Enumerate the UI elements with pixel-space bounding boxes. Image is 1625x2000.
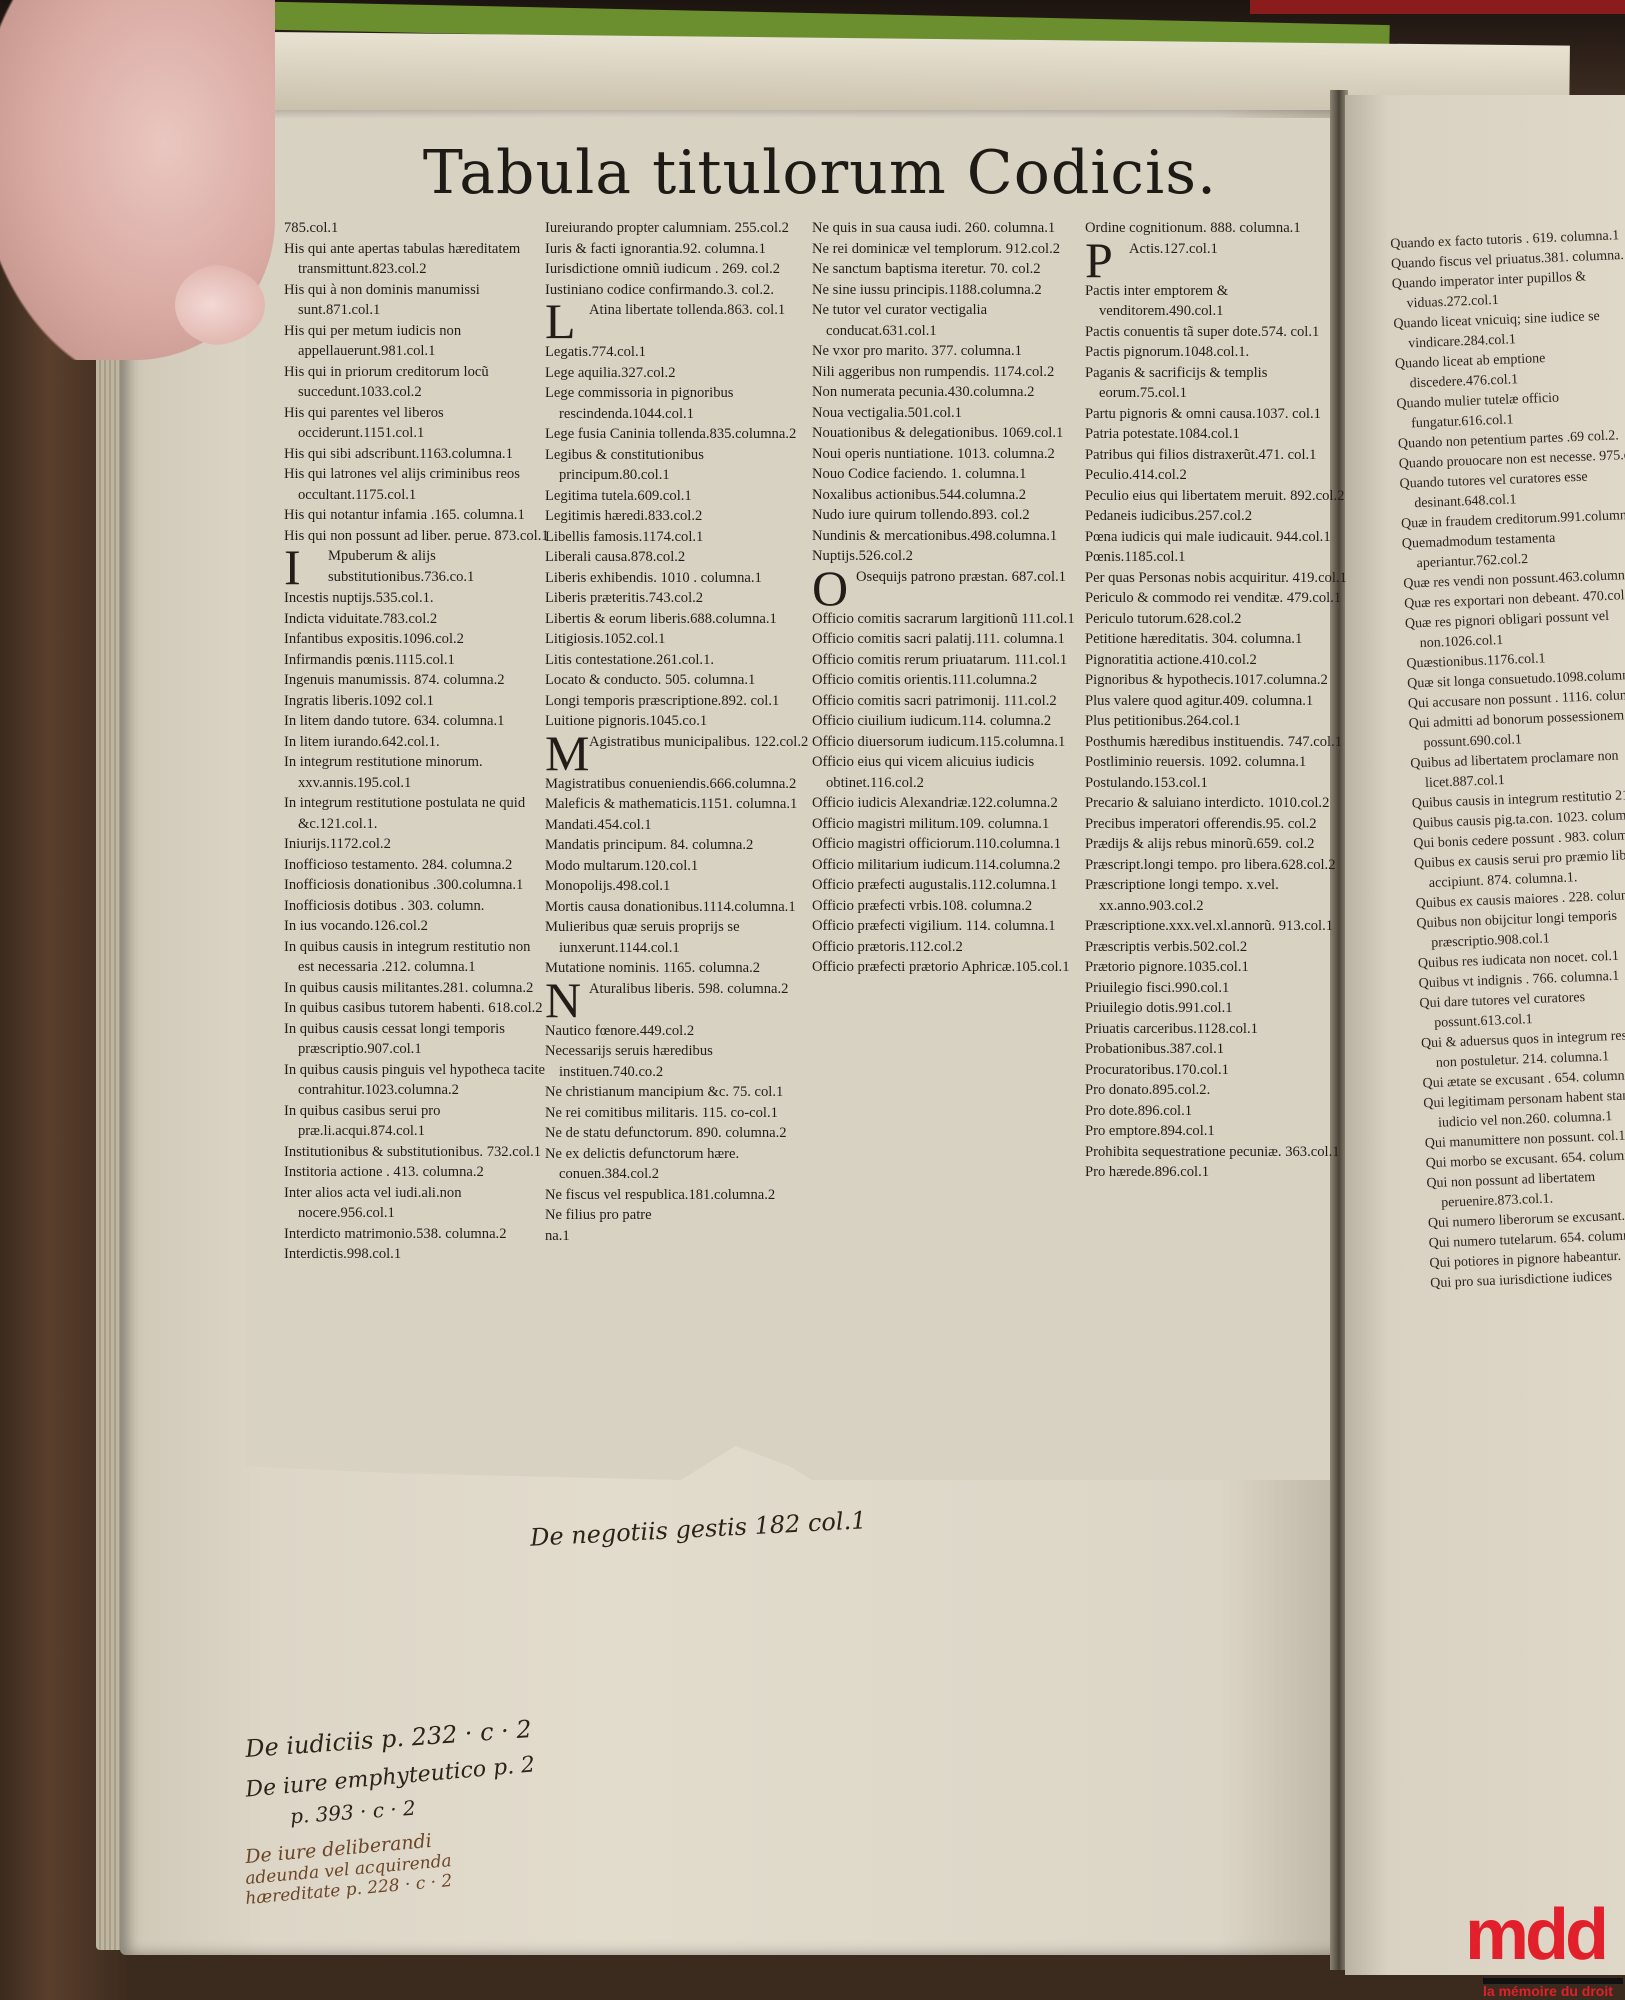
index-entry: Partu pignoris & omni causa.1037. col.1 bbox=[1085, 404, 1350, 425]
index-entry-text: Ne vxor pro marito. 377. columna.1 bbox=[812, 343, 1022, 359]
index-entry: Periculo tutorum.628.col.2 bbox=[1085, 609, 1350, 630]
index-entry-text: Interdicto matrimonio.538. columna.2 bbox=[284, 1226, 507, 1242]
index-entry-text: Patribus qui filios distraxerũt.471. col… bbox=[1085, 447, 1316, 463]
index-entry-text: Peculio eius qui libertatem meruit. 892.… bbox=[1085, 488, 1344, 504]
index-entry-text: Atina libertate tollenda.863. col.1 bbox=[589, 302, 785, 318]
index-entry: Ne vxor pro marito. 377. columna.1 bbox=[812, 341, 1077, 362]
index-entry-text: Actis.127.col.1 bbox=[1129, 241, 1218, 257]
index-entry: Institutionibus & substitutionibus. 732.… bbox=[284, 1142, 549, 1163]
index-entry: Officio præfecti augustalis.112.columna.… bbox=[812, 875, 1077, 896]
drop-cap: I bbox=[284, 542, 301, 592]
index-entry: Libertis & eorum liberis.688.columna.1 bbox=[545, 609, 810, 630]
index-entry-text: Officio prætoris.112.col.2 bbox=[812, 939, 963, 955]
index-entry: Ne rei comitibus militaris. 115. co-col.… bbox=[545, 1103, 810, 1124]
index-entry: Petitione hæreditatis. 304. columna.1 bbox=[1085, 629, 1350, 650]
index-entry: Pro donato.895.col.2. bbox=[1085, 1080, 1350, 1101]
index-entry: Pactis inter emptorem & venditorem.490.c… bbox=[1085, 281, 1350, 322]
index-entry: Pro dote.896.col.1 bbox=[1085, 1101, 1350, 1122]
index-entry-text: Iustiniano codice confirmando.3. col.2. bbox=[545, 282, 774, 298]
index-entry-text: Priuilegio fisci.990.col.1 bbox=[1085, 980, 1229, 996]
index-entry: Per quas Personas nobis acquiritur. 419.… bbox=[1085, 568, 1350, 589]
index-entry: Mutatione nominis. 1165. columna.2 bbox=[545, 958, 810, 979]
index-entry: Noxalibus actionibus.544.columna.2 bbox=[812, 485, 1077, 506]
index-entry: Mortis causa donationibus.1114.columna.1 bbox=[545, 897, 810, 918]
index-entry: Nili aggeribus non rumpendis. 1174.col.2 bbox=[812, 362, 1077, 383]
index-entry-text: Pactis conuentis tã super dote.574. col.… bbox=[1085, 324, 1319, 340]
index-entry: Incestis nuptijs.535.col.1. bbox=[284, 588, 549, 609]
index-entry-text: Officio militarium iudicum.114.columna.2 bbox=[812, 857, 1060, 873]
index-entry: Officio præfecti vrbis.108. columna.2 bbox=[812, 896, 1077, 917]
index-entry: Officio comitis sacrarum largitionũ 111.… bbox=[812, 609, 1077, 630]
index-entry-text: Officio eius qui vicem alicuius iudicis … bbox=[812, 754, 1034, 791]
index-entry-text: Officio præfecti vigilium. 114. columna.… bbox=[812, 918, 1056, 934]
index-entry-text: Lege aquilia.327.col.2 bbox=[545, 365, 676, 381]
thumbnail-nail bbox=[175, 265, 265, 345]
index-entry: Priuatis carceribus.1128.col.1 bbox=[1085, 1019, 1350, 1040]
index-entry-text: Procuratoribus.170.col.1 bbox=[1085, 1062, 1229, 1078]
index-entry: Officio ciuilium iudicum.114. columna.2 bbox=[812, 711, 1077, 732]
index-entry-text: Officio diuersorum iudicum.115.columna.1 bbox=[812, 734, 1065, 750]
index-entry: Ne christianum mancipium &c. 75. col.1 bbox=[545, 1082, 810, 1103]
index-entry-text: Nouo Codice faciendo. 1. columna.1 bbox=[812, 466, 1026, 482]
index-entry-text: Inofficiosis donationibus .300.columna.1 bbox=[284, 877, 523, 893]
index-entry: MAgistratibus municipalibus. 122.col.2 bbox=[545, 732, 810, 774]
drop-cap: O bbox=[812, 563, 848, 613]
index-entry-text: Iurisdictione omniũ iudicum . 269. col.2 bbox=[545, 261, 780, 277]
logo-mark: mdd bbox=[1465, 1895, 1605, 1975]
index-entry: Nundinis & mercationibus.498.columna.1 bbox=[812, 526, 1077, 547]
index-entry-text: Plus valere quod agitur.409. columna.1 bbox=[1085, 693, 1313, 709]
index-entry-text: His qui notantur infamia .165. columna.1 bbox=[284, 507, 525, 523]
index-entry-text: Ne christianum mancipium &c. 75. col.1 bbox=[545, 1084, 783, 1100]
index-entry: Pactis conuentis tã super dote.574. col.… bbox=[1085, 322, 1350, 343]
index-entry-text: His qui parentes vel liberos occiderunt.… bbox=[284, 405, 444, 442]
index-entry: Inofficiosis dotibus . 303. column. bbox=[284, 896, 549, 917]
index-entry-text: In ius vocando.126.col.2 bbox=[284, 918, 428, 934]
index-entry-text: His qui in priorum creditorum locũ succe… bbox=[284, 364, 489, 401]
right-page-index-column: Quando ex facto tutoris . 619. columna.1… bbox=[1390, 225, 1625, 1294]
index-entry-text: Ne tutor vel curator vectigalia conducat… bbox=[812, 302, 987, 339]
index-entry-text: His qui à non dominis manumissi sunt.871… bbox=[284, 282, 480, 319]
index-entry: Ne rei dominicæ vel templorum. 912.col.2 bbox=[812, 239, 1077, 260]
index-entry: In litem iurando.642.col.1. bbox=[284, 732, 549, 753]
index-entry-text: Præscriptione.xxx.vel.xl.annorũ. 913.col… bbox=[1085, 918, 1333, 934]
index-entry: Postulando.153.col.1 bbox=[1085, 773, 1350, 794]
index-entry-text: Pactis pignorum.1048.col.1. bbox=[1085, 344, 1249, 360]
index-entry: In quibus causis in integrum restitutio … bbox=[284, 937, 549, 978]
index-entry-text: Precario & saluiano interdicto. 1010.col… bbox=[1085, 795, 1329, 811]
index-entry-text: Ne ex delictis defunctorum hære. conuen.… bbox=[545, 1146, 739, 1183]
drop-cap: L bbox=[545, 296, 576, 346]
index-entry: Ingenuis manumissis. 874. columna.2 bbox=[284, 670, 549, 691]
index-entry: Pactis pignorum.1048.col.1. bbox=[1085, 342, 1350, 363]
index-entry: Iurisdictione omniũ iudicum . 269. col.2 bbox=[545, 259, 810, 280]
index-entry: PActis.127.col.1 bbox=[1085, 239, 1350, 281]
index-entry: Necessarijs seruis hæredibus instituen.7… bbox=[545, 1041, 810, 1082]
index-entry: Præscriptione.xxx.vel.xl.annorũ. 913.col… bbox=[1085, 916, 1350, 937]
index-entry-text: Legibus & constitutionibus principum.80.… bbox=[545, 447, 704, 484]
index-entry-text: Ne fiscus vel respublica.181.columna.2 bbox=[545, 1187, 775, 1203]
index-entry-text: Officio præfecti prætorio Aphricæ.105.co… bbox=[812, 959, 1070, 975]
index-entry: Posthumis hæredibus instituendis. 747.co… bbox=[1085, 732, 1350, 753]
index-entry-text: Pro dote.896.col.1 bbox=[1085, 1103, 1192, 1119]
index-entry: Paganis & sacrificijs & templis eorum.75… bbox=[1085, 363, 1350, 404]
index-entry-text: Lege commissoria in pignoribus rescinden… bbox=[545, 385, 733, 422]
index-entry-text: Legitimis hæredi.833.col.2 bbox=[545, 508, 702, 524]
index-entry: In ius vocando.126.col.2 bbox=[284, 916, 549, 937]
index-entry: Libellis famosis.1174.col.1 bbox=[545, 527, 810, 548]
index-entry: Monopolijs.498.col.1 bbox=[545, 876, 810, 897]
index-entry: In integrum restitutione postulata ne qu… bbox=[284, 793, 549, 834]
index-entry: Officio comitis rerum priuatarum. 111.co… bbox=[812, 650, 1077, 671]
index-entry-text: Ingratis liberis.1092 col.1 bbox=[284, 693, 434, 709]
index-entry-text: Monopolijs.498.col.1 bbox=[545, 878, 670, 894]
index-entry: Litigiosis.1052.col.1 bbox=[545, 629, 810, 650]
drop-cap: P bbox=[1085, 235, 1113, 285]
index-entry: In quibus causis pinguis vel hypotheca t… bbox=[284, 1060, 549, 1101]
index-entry-text: Ne rei dominicæ vel templorum. 912.col.2 bbox=[812, 241, 1060, 257]
index-entry: His qui parentes vel liberos occiderunt.… bbox=[284, 403, 549, 444]
index-entry-text: Præscriptione longi tempo. x.vel. xx.ann… bbox=[1085, 877, 1279, 914]
index-entry-text: Pignoratitia actione.410.col.2 bbox=[1085, 652, 1257, 668]
index-entry: Priuilegio dotis.991.col.1 bbox=[1085, 998, 1350, 1019]
index-entry: Noui operis nuntiatione. 1013. columna.2 bbox=[812, 444, 1077, 465]
index-entry: Ne sine iussu principis.1188.columna.2 bbox=[812, 280, 1077, 301]
index-column-4: Ordine cognitionum. 888. columna.1PActis… bbox=[1085, 218, 1350, 1183]
index-entry-text: Non numerata pecunia.430.columna.2 bbox=[812, 384, 1034, 400]
index-entry: Probationibus.387.col.1 bbox=[1085, 1039, 1350, 1060]
index-entry: Officio præfecti prætorio Aphricæ.105.co… bbox=[812, 957, 1077, 978]
index-entry-text: Maleficis & mathematicis.1151. columna.1 bbox=[545, 796, 797, 812]
index-entry-text: Periculo tutorum.628.col.2 bbox=[1085, 611, 1241, 627]
index-entry: Lege aquilia.327.col.2 bbox=[545, 363, 810, 384]
index-entry-text: Legitima tutela.609.col.1 bbox=[545, 488, 692, 504]
index-entry: Interdicto matrimonio.538. columna.2 bbox=[284, 1224, 549, 1245]
index-entry-text: Officio comitis orientis.111.columna.2 bbox=[812, 672, 1037, 688]
index-entry: In quibus causis cessat longi temporis p… bbox=[284, 1019, 549, 1060]
index-entry: Legatis.774.col.1 bbox=[545, 342, 810, 363]
index-entry: Priuilegio fisci.990.col.1 bbox=[1085, 978, 1350, 999]
index-entry-text: Priuatis carceribus.1128.col.1 bbox=[1085, 1021, 1258, 1037]
index-entry-text: Officio comitis rerum priuatarum. 111.co… bbox=[812, 652, 1067, 668]
index-entry: Prætorio pignore.1035.col.1 bbox=[1085, 957, 1350, 978]
index-entry-text: Aturalibus liberis. 598. columna.2 bbox=[589, 981, 788, 997]
index-entry: Inofficiosis donationibus .300.columna.1 bbox=[284, 875, 549, 896]
drop-cap: N bbox=[545, 975, 581, 1025]
index-entry: Peculio.414.col.2 bbox=[1085, 465, 1350, 486]
index-entry-text: Ne de statu defunctorum. 890. columna.2 bbox=[545, 1125, 787, 1141]
index-entry-text: Iureiurando propter calumniam. 255.col.2 bbox=[545, 220, 789, 236]
index-entry: His qui latrones vel alijs criminibus re… bbox=[284, 464, 549, 505]
index-entry-text: His qui non possunt ad liber. perue. 873… bbox=[284, 528, 549, 544]
index-entry-text: Litigiosis.1052.col.1 bbox=[545, 631, 665, 647]
index-entry: In litem dando tutore. 634. columna.1 bbox=[284, 711, 549, 732]
index-entry: Ne quis in sua causa iudi. 260. columna.… bbox=[812, 218, 1077, 239]
index-entry: Noua vectigalia.501.col.1 bbox=[812, 403, 1077, 424]
index-entry-text: Officio ciuilium iudicum.114. columna.2 bbox=[812, 713, 1051, 729]
index-entry: Patria potestate.1084.col.1 bbox=[1085, 424, 1350, 445]
index-entry-text: Mulieribus quæ seruis proprijs se iunxer… bbox=[545, 919, 740, 956]
index-column-3: Ne quis in sua causa iudi. 260. columna.… bbox=[812, 218, 1077, 978]
index-entry-text: Prohibita sequestratione pecuniæ. 363.co… bbox=[1085, 1144, 1340, 1160]
index-entry-text: Longi temporis præscriptione.892. col.1 bbox=[545, 693, 779, 709]
index-entry-text: Officio præfecti vrbis.108. columna.2 bbox=[812, 898, 1032, 914]
index-entry-text: Institoria actione . 413. columna.2 bbox=[284, 1164, 484, 1180]
index-entry-text: Inofficiosis dotibus . 303. column. bbox=[284, 898, 484, 914]
index-entry-text: Libertis & eorum liberis.688.columna.1 bbox=[545, 611, 777, 627]
index-entry-text: Mandati.454.col.1 bbox=[545, 817, 652, 833]
index-entry: Locato & conducto. 505. columna.1 bbox=[545, 670, 810, 691]
index-entry-text: Ne sine iussu principis.1188.columna.2 bbox=[812, 282, 1042, 298]
index-entry: LAtina libertate tollenda.863. col.1 bbox=[545, 300, 810, 342]
index-entry-text: Partu pignoris & omni causa.1037. col.1 bbox=[1085, 406, 1321, 422]
index-entry: Precario & saluiano interdicto. 1010.col… bbox=[1085, 793, 1350, 814]
index-entry-text: Mpuberum & alijs substitutionibus.736.co… bbox=[328, 548, 474, 585]
index-entry: His qui ante apertas tabulas hæreditatem… bbox=[284, 239, 549, 280]
index-entry-text: Postliminio reuersis. 1092. columna.1 bbox=[1085, 754, 1306, 770]
index-entry: Pro emptore.894.col.1 bbox=[1085, 1121, 1350, 1142]
index-entry: His qui notantur infamia .165. columna.1 bbox=[284, 505, 549, 526]
index-entry-text: Pœnis.1185.col.1 bbox=[1085, 549, 1185, 565]
index-entry: Iniurijs.1172.col.2 bbox=[284, 834, 549, 855]
index-entry-text: Inter alios acta vel iudi.ali.non nocere… bbox=[284, 1185, 462, 1222]
index-entry-text: Ordine cognitionum. 888. columna.1 bbox=[1085, 220, 1301, 236]
index-entry: Liberali causa.878.col.2 bbox=[545, 547, 810, 568]
index-entry-text: Priuilegio dotis.991.col.1 bbox=[1085, 1000, 1233, 1016]
index-entry: Præscriptione longi tempo. x.vel. xx.ann… bbox=[1085, 875, 1350, 916]
index-entry-text: Patria potestate.1084.col.1 bbox=[1085, 426, 1240, 442]
index-entry: Pignoratitia actione.410.col.2 bbox=[1085, 650, 1350, 671]
index-entry-text: In quibus causis in integrum restitutio … bbox=[284, 939, 530, 976]
index-entry: Officio eius qui vicem alicuius iudicis … bbox=[812, 752, 1077, 793]
index-entry: Plus petitionibus.264.col.1 bbox=[1085, 711, 1350, 732]
index-entry: Pignoribus & hypothecis.1017.columna.2 bbox=[1085, 670, 1350, 691]
index-entry-text: In litem dando tutore. 634. columna.1 bbox=[284, 713, 504, 729]
index-entry-text: na.1 bbox=[545, 1228, 570, 1244]
index-entry: Infantibus expositis.1096.col.2 bbox=[284, 629, 549, 650]
index-entry-text: Probationibus.387.col.1 bbox=[1085, 1041, 1224, 1057]
index-entry: In quibus causis militantes.281. columna… bbox=[284, 978, 549, 999]
index-entry-text: Ingenuis manumissis. 874. columna.2 bbox=[284, 672, 505, 688]
index-entry-text: Paganis & sacrificijs & templis eorum.75… bbox=[1085, 365, 1267, 402]
index-entry-text: Iniurijs.1172.col.2 bbox=[284, 836, 391, 852]
index-entry-text: Officio comitis sacri patrimonij. 111.co… bbox=[812, 693, 1057, 709]
index-entry-text: Infantibus expositis.1096.col.2 bbox=[284, 631, 464, 647]
index-entry: Non numerata pecunia.430.columna.2 bbox=[812, 382, 1077, 403]
index-entry: Procuratoribus.170.col.1 bbox=[1085, 1060, 1350, 1081]
index-entry-text: Officio magistri officiorum.110.columna.… bbox=[812, 836, 1061, 852]
index-entry: Pedaneis iudicibus.257.col.2 bbox=[1085, 506, 1350, 527]
page-title: Tabula titulorum Codicis. bbox=[420, 138, 1220, 208]
index-entry: IMpuberum & alijs substitutionibus.736.c… bbox=[284, 546, 549, 588]
index-column-1: 785.col.1His qui ante apertas tabulas hæ… bbox=[284, 218, 549, 1265]
index-entry: Plus valere quod agitur.409. columna.1 bbox=[1085, 691, 1350, 712]
index-entry-text: Prætorio pignore.1035.col.1 bbox=[1085, 959, 1249, 975]
index-entry-text: Modo multarum.120.col.1 bbox=[545, 858, 698, 874]
index-entry-text: Præscriptis verbis.502.col.2 bbox=[1085, 939, 1247, 955]
index-entry: Legibus & constitutionibus principum.80.… bbox=[545, 445, 810, 486]
index-entry: Legitimis hæredi.833.col.2 bbox=[545, 506, 810, 527]
index-entry: Officio prætoris.112.col.2 bbox=[812, 937, 1077, 958]
index-entry-text: Pro emptore.894.col.1 bbox=[1085, 1123, 1215, 1139]
index-entry: Precibus imperatori offerendis.95. col.2 bbox=[1085, 814, 1350, 835]
index-entry: na.1 bbox=[545, 1226, 810, 1247]
index-entry: Ordine cognitionum. 888. columna.1 bbox=[1085, 218, 1350, 239]
index-entry-text: Officio magistri militum.109. columna.1 bbox=[812, 816, 1049, 832]
index-entry-text: Nili aggeribus non rumpendis. 1174.col.2 bbox=[812, 364, 1054, 380]
index-entry-text: Ne rei comitibus militaris. 115. co-col.… bbox=[545, 1105, 778, 1121]
index-entry: Prohibita sequestratione pecuniæ. 363.co… bbox=[1085, 1142, 1350, 1163]
index-entry-text: Postulando.153.col.1 bbox=[1085, 775, 1208, 791]
index-entry-text: His qui sibi adscribunt.1163.columna.1 bbox=[284, 446, 513, 462]
index-entry: Infirmandis pœnis.1115.col.1 bbox=[284, 650, 549, 671]
index-column-2: Iureiurando propter calumniam. 255.col.2… bbox=[545, 218, 810, 1246]
index-entry-text: Litis contestatione.261.col.1. bbox=[545, 652, 714, 668]
index-entry: Ne fiscus vel respublica.181.columna.2 bbox=[545, 1185, 810, 1206]
index-entry: Officio iudicis Alexandriæ.122.columna.2 bbox=[812, 793, 1077, 814]
logo-tagline: la mémoire du droit bbox=[1483, 1983, 1613, 1999]
index-entry: Nuptijs.526.col.2 bbox=[812, 546, 1077, 567]
index-entry-text: Noxalibus actionibus.544.columna.2 bbox=[812, 487, 1026, 503]
index-entry-text: Precibus imperatori offerendis.95. col.2 bbox=[1085, 816, 1317, 832]
index-entry: Interdictis.998.col.1 bbox=[284, 1244, 549, 1265]
index-entry-text: Noui operis nuntiatione. 1013. columna.2 bbox=[812, 446, 1055, 462]
index-entry: In quibus casibus serui pro præ.li.acqui… bbox=[284, 1101, 549, 1142]
index-entry-text: His qui ante apertas tabulas hæreditatem… bbox=[284, 241, 520, 278]
index-entry-text: Peculio.414.col.2 bbox=[1085, 467, 1187, 483]
index-entry-text: Mandatis principum. 84. columna.2 bbox=[545, 837, 753, 853]
index-entry-text: Nudo iure quirum tollendo.893. col.2 bbox=[812, 507, 1030, 523]
index-entry-text: Posthumis hæredibus instituendis. 747.co… bbox=[1085, 734, 1342, 750]
index-entry: Iureiurando propter calumniam. 255.col.2 bbox=[545, 218, 810, 239]
index-entry: His qui non possunt ad liber. perue. 873… bbox=[284, 526, 549, 547]
index-entry-text: Noua vectigalia.501.col.1 bbox=[812, 405, 962, 421]
index-entry: Patribus qui filios distraxerũt.471. col… bbox=[1085, 445, 1350, 466]
index-entry-text: Pro hærede.896.col.1 bbox=[1085, 1164, 1209, 1180]
index-entry: Inter alios acta vel iudi.ali.non nocere… bbox=[284, 1183, 549, 1224]
index-entry: Pœnis.1185.col.1 bbox=[1085, 547, 1350, 568]
index-entry-text: Plus petitionibus.264.col.1 bbox=[1085, 713, 1241, 729]
index-entry-text: Incestis nuptijs.535.col.1. bbox=[284, 590, 434, 606]
index-entry-text: Mortis causa donationibus.1114.columna.1 bbox=[545, 899, 796, 915]
index-entry-text: Pœna iudicis qui male iudicauit. 944.col… bbox=[1085, 529, 1331, 545]
index-entry: In quibus casibus tutorem habenti. 618.c… bbox=[284, 998, 549, 1019]
index-entry-text: Officio comitis sacrarum largitionũ 111.… bbox=[812, 611, 1075, 627]
index-entry: Mandati.454.col.1 bbox=[545, 815, 810, 836]
index-entry-text: Officio præfecti augustalis.112.columna.… bbox=[812, 877, 1057, 893]
index-entry: Peculio eius qui libertatem meruit. 892.… bbox=[1085, 486, 1350, 507]
index-entry: His qui à non dominis manumissi sunt.871… bbox=[284, 280, 549, 321]
index-entry: Mandatis principum. 84. columna.2 bbox=[545, 835, 810, 856]
index-entry-text: Officio iudicis Alexandriæ.122.columna.2 bbox=[812, 795, 1058, 811]
index-entry-text: Osequijs patrono præstan. 687.col.1 bbox=[856, 569, 1066, 585]
index-entry-text: 785.col.1 bbox=[284, 220, 338, 236]
index-entry: 785.col.1 bbox=[284, 218, 549, 239]
mdd-logo: mdd la mémoire du droit bbox=[1455, 1895, 1625, 2000]
index-entry-text: Pro donato.895.col.2. bbox=[1085, 1082, 1210, 1098]
index-entry: Ne filius pro patre bbox=[545, 1205, 810, 1226]
index-entry-text: Ne filius pro patre bbox=[545, 1207, 652, 1223]
index-entry: Nautico fœnore.449.col.2 bbox=[545, 1021, 810, 1042]
index-entry: Ne sanctum baptisma iteretur. 70. col.2 bbox=[812, 259, 1077, 280]
index-entry-text: In quibus causis pinguis vel hypotheca t… bbox=[284, 1062, 545, 1099]
index-entry: Præscriptis verbis.502.col.2 bbox=[1085, 937, 1350, 958]
index-entry: Ingratis liberis.1092 col.1 bbox=[284, 691, 549, 712]
index-entry: Institoria actione . 413. columna.2 bbox=[284, 1162, 549, 1183]
index-entry-text: Prædijs & alijs rebus minorũ.659. col.2 bbox=[1085, 836, 1314, 852]
index-entry-text: Libellis famosis.1174.col.1 bbox=[545, 529, 703, 545]
index-entry: In integrum restitutione minorum. xxv.an… bbox=[284, 752, 549, 793]
index-entry: Mulieribus quæ seruis proprijs se iunxer… bbox=[545, 917, 810, 958]
index-entry-text: Per quas Personas nobis acquiritur. 419.… bbox=[1085, 570, 1347, 586]
index-entry: His qui per metum iudicis non appellauer… bbox=[284, 321, 549, 362]
index-entry: Ne ex delictis defunctorum hære. conuen.… bbox=[545, 1144, 810, 1185]
index-entry: Pœna iudicis qui male iudicauit. 944.col… bbox=[1085, 527, 1350, 548]
index-entry-text: Præscript.longi tempo. pro libera.628.co… bbox=[1085, 857, 1336, 873]
index-entry: Inofficioso testamento. 284. columna.2 bbox=[284, 855, 549, 876]
index-entry-text: Periculo & commodo rei venditæ. 479.col.… bbox=[1085, 590, 1341, 606]
index-entry-text: Indicta viduitate.783.col.2 bbox=[284, 611, 437, 627]
index-entry: Nouo Codice faciendo. 1. columna.1 bbox=[812, 464, 1077, 485]
index-entry-text: Petitione hæreditatis. 304. columna.1 bbox=[1085, 631, 1302, 647]
index-entry: Longi temporis præscriptione.892. col.1 bbox=[545, 691, 810, 712]
index-entry: Officio militarium iudicum.114.columna.2 bbox=[812, 855, 1077, 876]
index-entry-text: Liberis exhibendis. 1010 . columna.1 bbox=[545, 570, 762, 586]
index-entry-text: His qui latrones vel alijs criminibus re… bbox=[284, 466, 520, 503]
index-entry: Pro hærede.896.col.1 bbox=[1085, 1162, 1350, 1183]
index-entry: NAturalibus liberis. 598. columna.2 bbox=[545, 979, 810, 1021]
index-entry-text: Liberis præteritis.743.col.2 bbox=[545, 590, 703, 606]
index-entry: Periculo & commodo rei venditæ. 479.col.… bbox=[1085, 588, 1350, 609]
index-entry: Prædijs & alijs rebus minorũ.659. col.2 bbox=[1085, 834, 1350, 855]
index-entry: Ne de statu defunctorum. 890. columna.2 bbox=[545, 1123, 810, 1144]
index-entry: Liberis exhibendis. 1010 . columna.1 bbox=[545, 568, 810, 589]
index-entry: Modo multarum.120.col.1 bbox=[545, 856, 810, 877]
index-entry-text: Pedaneis iudicibus.257.col.2 bbox=[1085, 508, 1252, 524]
index-entry-text: Institutionibus & substitutionibus. 732.… bbox=[284, 1144, 541, 1160]
index-entry: His qui in priorum creditorum locũ succe… bbox=[284, 362, 549, 403]
index-entry-text: Lege fusia Caninia tollenda.835.columna.… bbox=[545, 426, 796, 442]
index-entry-text: Necessarijs seruis hæredibus instituen.7… bbox=[545, 1043, 713, 1080]
drop-cap: M bbox=[545, 728, 589, 778]
index-entry: Maleficis & mathematicis.1151. columna.1 bbox=[545, 794, 810, 815]
index-entry: Præscript.longi tempo. pro libera.628.co… bbox=[1085, 855, 1350, 876]
index-entry-text: In integrum restitutione postulata ne qu… bbox=[284, 795, 525, 832]
index-entry: Officio diuersorum iudicum.115.columna.1 bbox=[812, 732, 1077, 753]
index-entry: His qui sibi adscribunt.1163.columna.1 bbox=[284, 444, 549, 465]
index-entry: Officio comitis orientis.111.columna.2 bbox=[812, 670, 1077, 691]
index-entry: Postliminio reuersis. 1092. columna.1 bbox=[1085, 752, 1350, 773]
index-entry-text: In litem iurando.642.col.1. bbox=[284, 734, 440, 750]
index-entry: Officio magistri officiorum.110.columna.… bbox=[812, 834, 1077, 855]
index-entry-text: In integrum restitutione minorum. xxv.an… bbox=[284, 754, 483, 791]
index-entry-text: Nundinis & mercationibus.498.columna.1 bbox=[812, 528, 1057, 544]
index-entry-text: Ne sanctum baptisma iteretur. 70. col.2 bbox=[812, 261, 1041, 277]
index-entry: Officio magistri militum.109. columna.1 bbox=[812, 814, 1077, 835]
index-entry-text: Officio comitis sacri palatij.111. colum… bbox=[812, 631, 1065, 647]
index-entry-text: In quibus casibus tutorem habenti. 618.c… bbox=[284, 1000, 543, 1016]
index-entry-text: In quibus causis cessat longi temporis p… bbox=[284, 1021, 505, 1058]
index-entry: Nudo iure quirum tollendo.893. col.2 bbox=[812, 505, 1077, 526]
index-entry-text: Interdictis.998.col.1 bbox=[284, 1246, 401, 1262]
index-entry-text: Liberali causa.878.col.2 bbox=[545, 549, 685, 565]
index-entry: Officio comitis sacri palatij.111. colum… bbox=[812, 629, 1077, 650]
index-entry: Lege fusia Caninia tollenda.835.columna.… bbox=[545, 424, 810, 445]
index-entry: Nouationibus & delegationibus. 1069.col.… bbox=[812, 423, 1077, 444]
index-entry-text: Pactis inter emptorem & venditorem.490.c… bbox=[1085, 283, 1228, 320]
index-entry: Lege commissoria in pignoribus rescinden… bbox=[545, 383, 810, 424]
index-entry: OOsequijs patrono præstan. 687.col.1 bbox=[812, 567, 1077, 609]
